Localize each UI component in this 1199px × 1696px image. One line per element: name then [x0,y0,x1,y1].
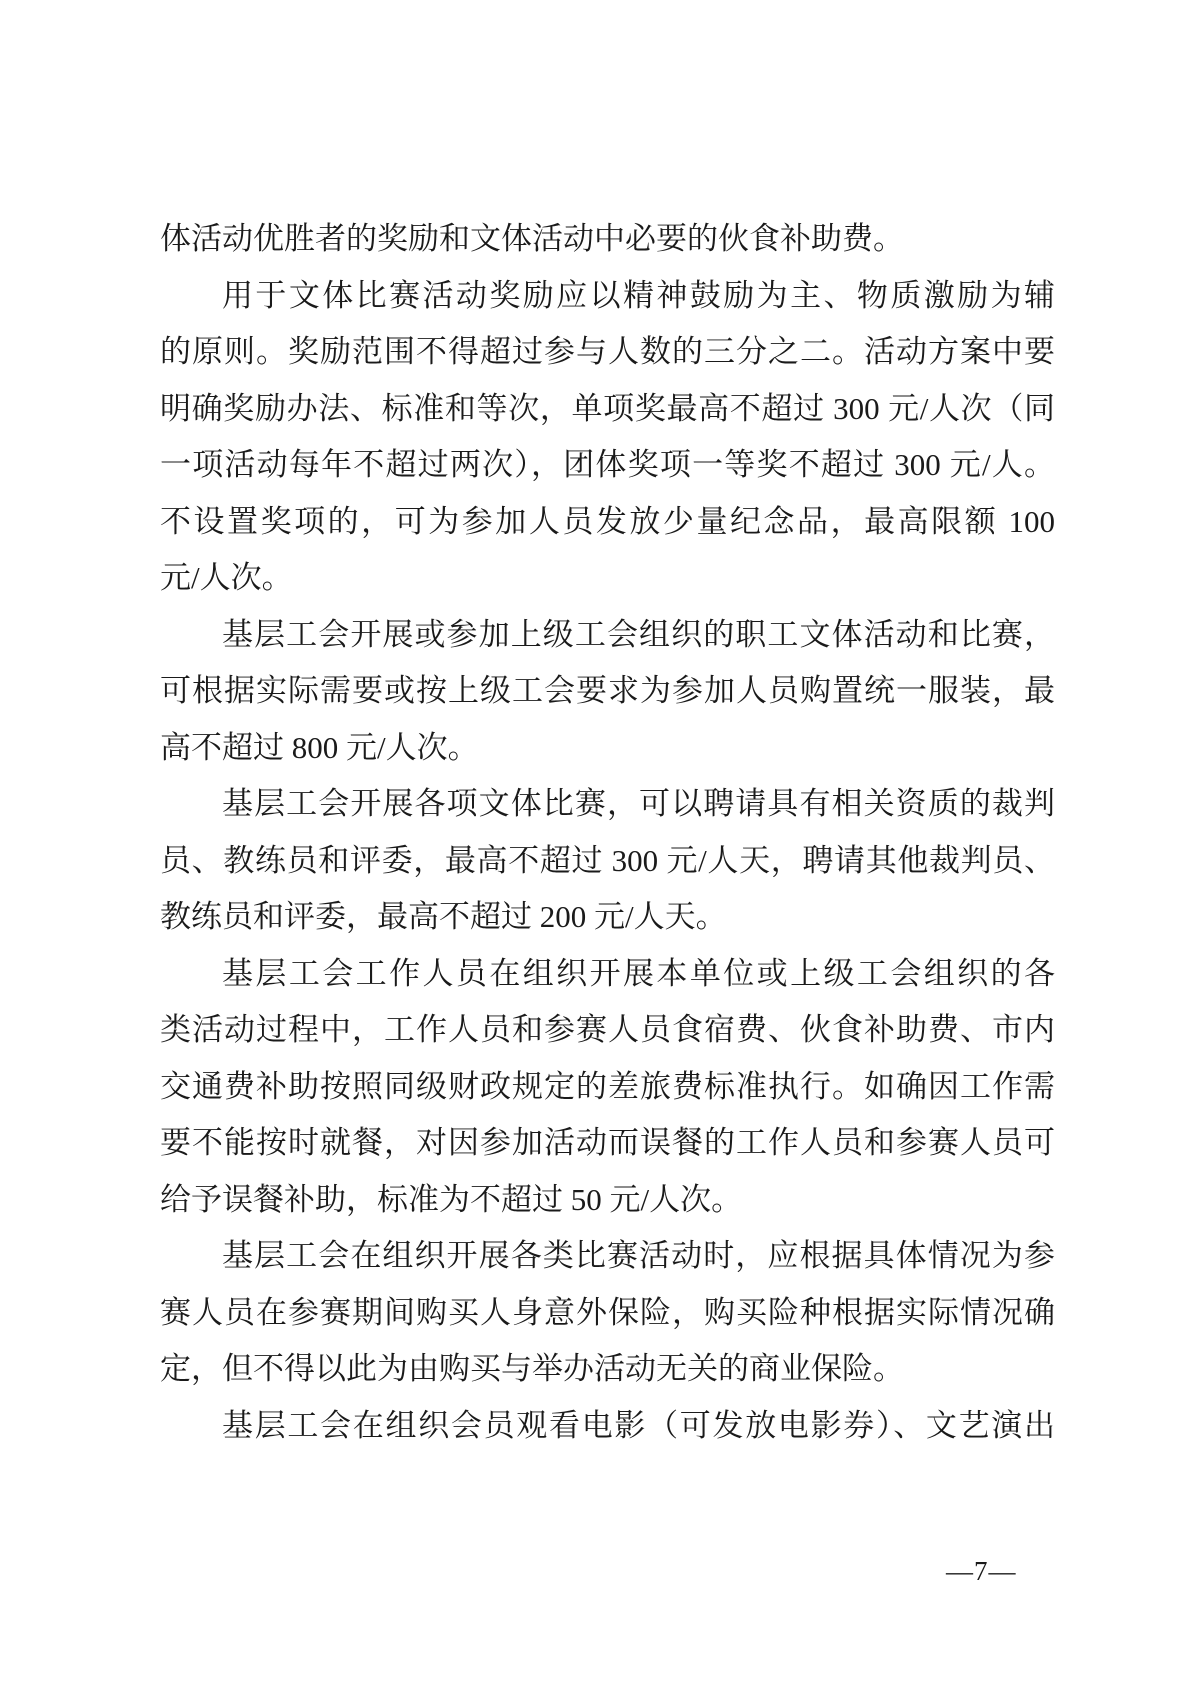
text-line: 基层工会开展或参加上级工会组织的职工文体活动和比赛， [160,607,1055,664]
text-line: 一项活动每年不超过两次），团体奖项一等奖不超过 300 元/人。 [160,437,1055,494]
text-line: 明确奖励办法、标准和等次，单项奖最高不超过 300 元/人次（同 [160,381,1055,438]
text-line: 体活动优胜者的奖励和文体活动中必要的伙食补助费。 [160,211,1055,268]
text-line: 定，但不得以此为由购买与举办活动无关的商业保险。 [160,1341,1055,1398]
text-line: 给予误餐补助，标准为不超过 50 元/人次。 [160,1172,1055,1229]
text-line: 教练员和评委，最高不超过 200 元/人天。 [160,889,1055,946]
text-line: 可根据实际需要或按上级工会要求为参加人员购置统一服装，最 [160,663,1055,720]
text-line: 基层工会工作人员在组织开展本单位或上级工会组织的各 [160,946,1055,1003]
text-line: 要不能按时就餐，对因参加活动而误餐的工作人员和参赛人员可 [160,1115,1055,1172]
page-number: —7— [946,1556,1017,1587]
text-line: 的原则。奖励范围不得超过参与人数的三分之二。活动方案中要 [160,324,1055,381]
text-line: 元/人次。 [160,550,1055,607]
text-line: 基层工会在组织会员观看电影（可发放电影券）、文艺演出 [160,1398,1055,1455]
text-line: 基层工会在组织开展各类比赛活动时，应根据具体情况为参 [160,1228,1055,1285]
text-line: 不设置奖项的，可为参加人员发放少量纪念品，最高限额 100 [160,494,1055,551]
text-line: 高不超过 800 元/人次。 [160,720,1055,777]
text-line: 赛人员在参赛期间购买人身意外保险，购买险种根据实际情况确 [160,1285,1055,1342]
text-line: 员、教练员和评委，最高不超过 300 元/人天，聘请其他裁判员、 [160,833,1055,890]
text-line: 用于文体比赛活动奖励应以精神鼓励为主、物质激励为辅 [160,268,1055,325]
document-page: 体活动优胜者的奖励和文体活动中必要的伙食补助费。用于文体比赛活动奖励应以精神鼓励… [0,0,1199,1696]
document-body: 体活动优胜者的奖励和文体活动中必要的伙食补助费。用于文体比赛活动奖励应以精神鼓励… [160,211,1055,1454]
text-line: 交通费补助按照同级财政规定的差旅费标准执行。如确因工作需 [160,1059,1055,1116]
text-line: 类活动过程中，工作人员和参赛人员食宿费、伙食补助费、市内 [160,1002,1055,1059]
text-line: 基层工会开展各项文体比赛，可以聘请具有相关资质的裁判 [160,776,1055,833]
